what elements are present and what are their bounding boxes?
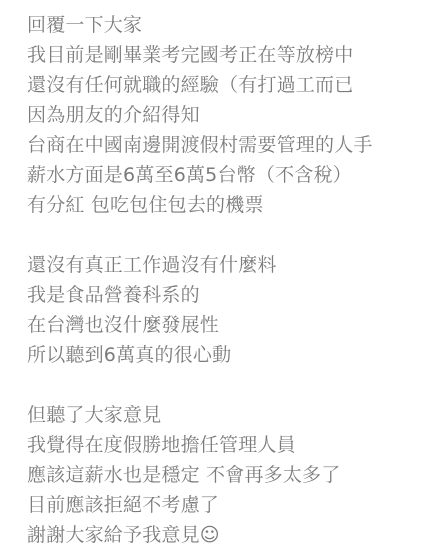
post-text-line: 回覆一下大家: [27, 10, 416, 40]
post-text-line: 我目前是剛畢業考完國考正在等放榜中: [27, 40, 416, 70]
post-text-line: 所以聽到6萬真的很心動: [27, 340, 416, 370]
post-text-line: 謝謝大家給予我意見☺: [27, 520, 416, 550]
post-text-line: 台商在中國南邊開渡假村需要管理的人手: [27, 130, 416, 160]
post-text-line: 我覺得在度假勝地擔任管理人員: [27, 430, 416, 460]
post-text-line: 薪水方面是6萬至6萬5台幣（不含稅）: [27, 160, 416, 190]
post-text-line: 還沒有真正工作過沒有什麼料: [27, 250, 416, 280]
post-text-line: 目前應該拒絕不考慮了: [27, 490, 416, 520]
post-text-line: 有分紅 包吃包住包去的機票: [27, 190, 416, 220]
post-text-line: 我是食品營養科系的: [27, 280, 416, 310]
post-body: 回覆一下大家 我目前是剛畢業考完國考正在等放榜中 還沒有任何就職的經驗（有打過工…: [0, 0, 436, 550]
post-text-line: 應該這薪水也是穩定 不會再多太多了: [27, 460, 416, 490]
post-text-line: 但聽了大家意見: [27, 400, 416, 430]
post-text-line: 在台灣也沒什麼發展性: [27, 310, 416, 340]
post-text-line: 還沒有任何就職的經驗（有打過工而已: [27, 70, 416, 100]
blank-line: [27, 220, 416, 250]
blank-line: [27, 370, 416, 400]
post-text-line: 因為朋友的介紹得知: [27, 100, 416, 130]
